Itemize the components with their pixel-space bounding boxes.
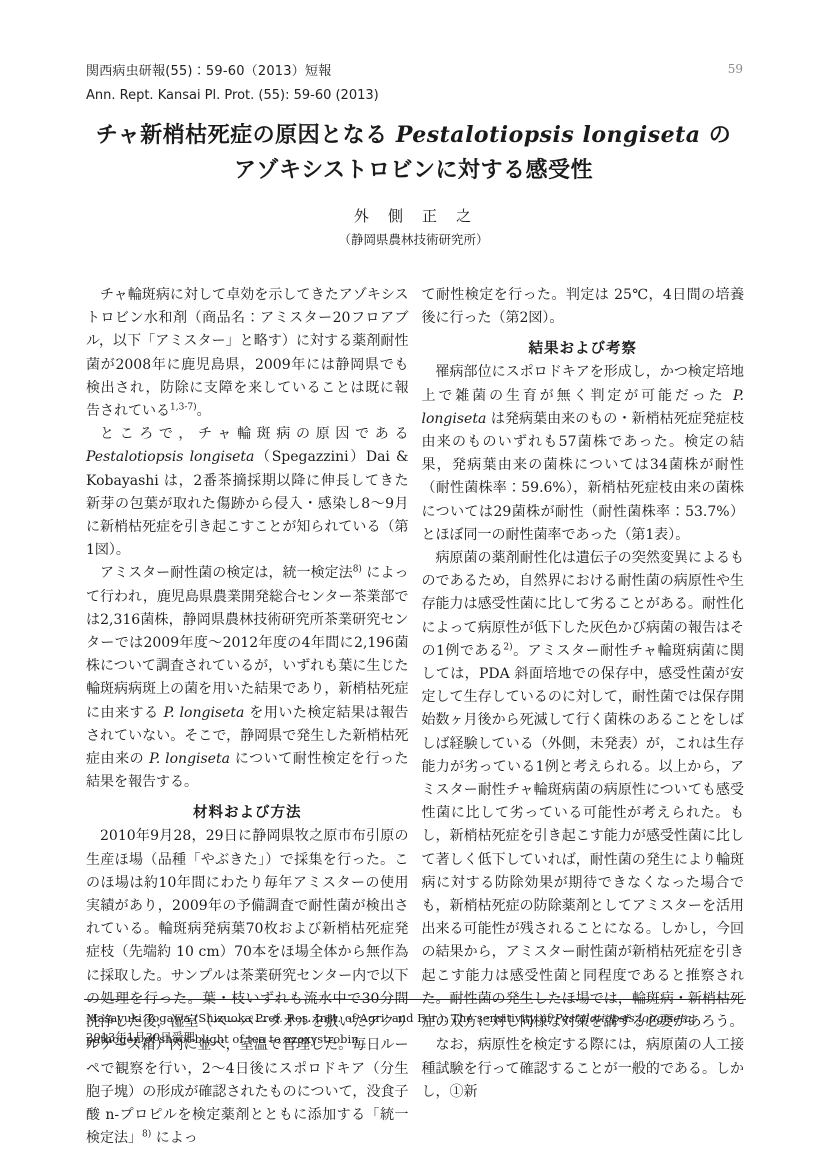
author-name: 外 側 正 之 bbox=[0, 205, 827, 226]
paper-title: チャ新梢枯死症の原因となる Pestalotiopsis longiseta の… bbox=[0, 118, 827, 188]
paragraph-methods: 2010年9月28，29日に静岡県牧之原市布引原の生産ほ場（品種「やぶきた」）で… bbox=[86, 825, 409, 1150]
page-number: 59 bbox=[728, 62, 743, 76]
paragraph-results-2: 病原菌の薬剤耐性化は遺伝子の突然変異によるものであるため，自然界における耐性菌の… bbox=[422, 547, 745, 1034]
section-heading-results-discussion: 結果および考察 bbox=[422, 337, 745, 358]
journal-header-japanese: 関西病虫研報(55)：59-60（2013）短報 bbox=[86, 60, 331, 79]
author-affiliation: （静岡県農林技術研究所） bbox=[0, 230, 827, 248]
paper-title-line1: チャ新梢枯死症の原因となる Pestalotiopsis longiseta の bbox=[0, 118, 827, 153]
paper-page: 関西病虫研報(55)：59-60（2013）短報 Ann. Rept. Kans… bbox=[0, 0, 827, 1170]
section-heading-materials-methods: 材料および方法 bbox=[86, 801, 409, 822]
paragraph-intro-2: ところで，チャ輪斑病の原因である Pestalotiopsis longiset… bbox=[86, 423, 409, 562]
journal-header-english: Ann. Rept. Kansai Pl. Prot. (55): 59-60 … bbox=[86, 88, 379, 103]
footnote-received-date: 2013年1月30日受理 bbox=[86, 1029, 746, 1045]
paragraph-intro-1: チャ輪斑病に対して卓効を示してきたアゾキシストロビン水和剤（商品名：アミスター2… bbox=[86, 284, 409, 423]
footnote-divider bbox=[84, 999, 746, 1000]
paragraph-results-1: 罹病部位にスポロドキアを形成し，かつ検定培地上で雑菌の生育が無く判定が可能だった… bbox=[422, 361, 745, 547]
paragraph-intro-3: アミスター耐性菌の検定は，統一検定法8) によって行われ，鹿児島県農業開発総合セ… bbox=[86, 562, 409, 794]
paragraph-methods-continued: て耐性検定を行った。判定は 25℃，4日間の培養後に行った（第2図）。 bbox=[422, 284, 745, 330]
paper-title-line2: アゾキシストロビンに対する感受性 bbox=[0, 153, 827, 188]
